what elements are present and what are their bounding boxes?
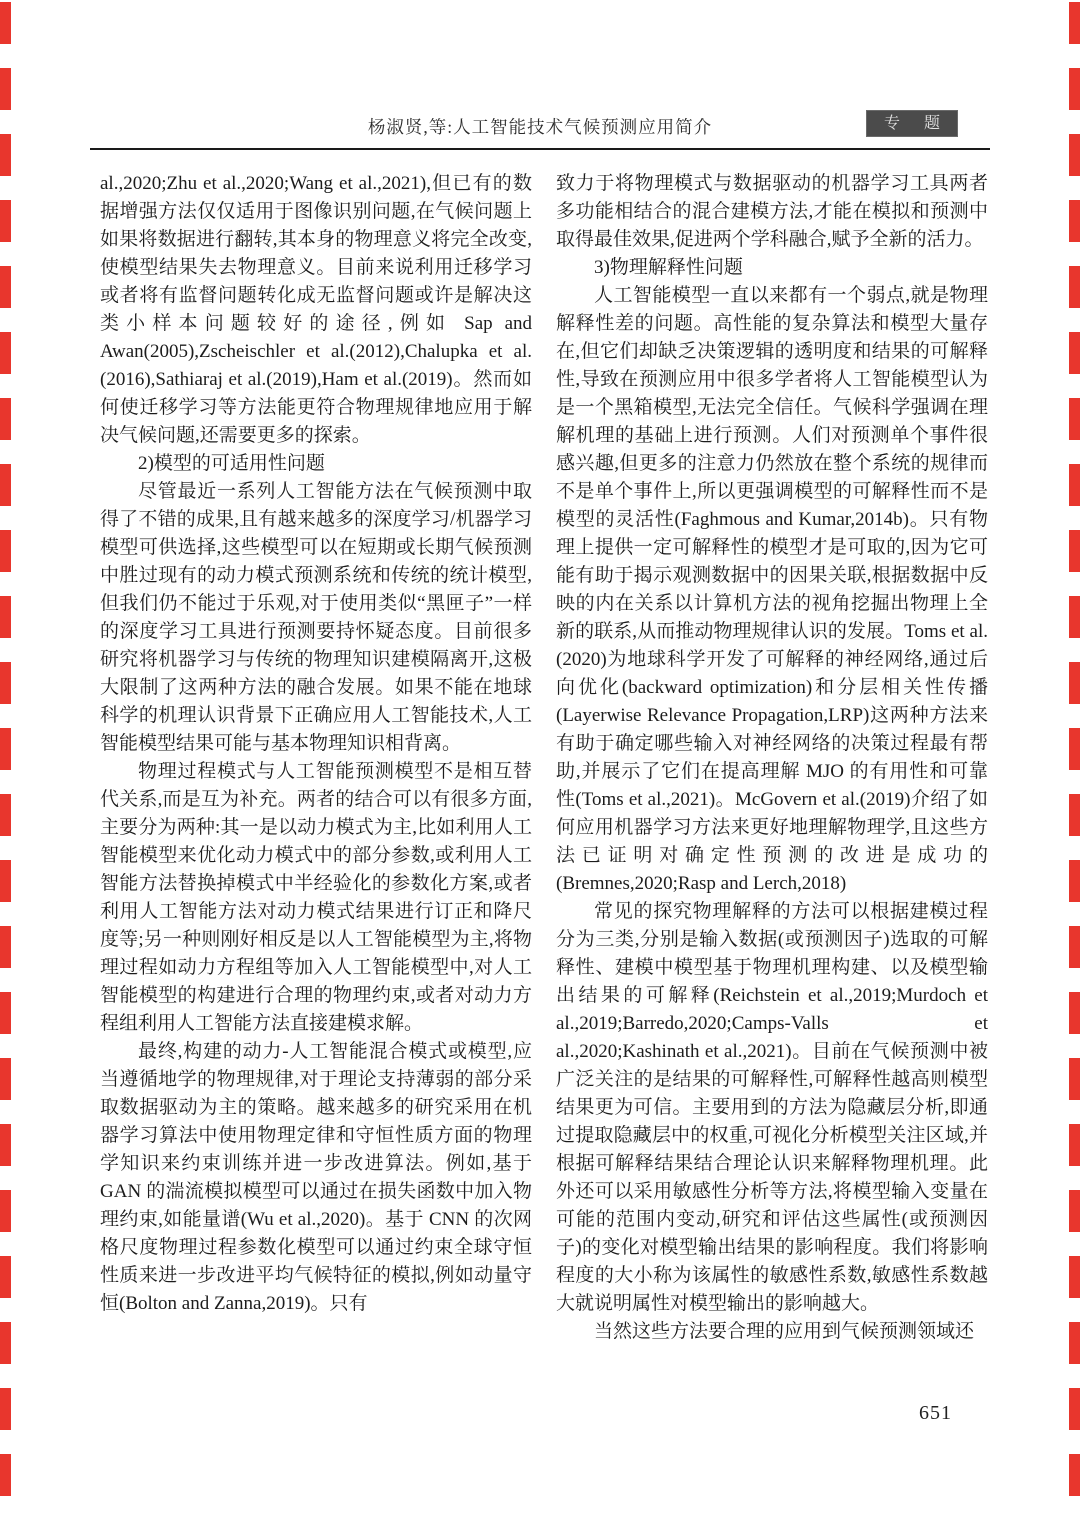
section-heading: 3)物理解释性问题 (556, 254, 988, 282)
left-edge-registration-marks (0, 2, 11, 1515)
page-header: 杨淑贤,等:人工智能技术气候预测应用简介 专 题 (90, 106, 990, 150)
right-column: 致力于将物理模式与数据驱动的机器学习工具两者多功能相结合的混合建模方法,才能在模… (556, 170, 988, 1346)
article-body: al.,2020;Zhu et al.,2020;Wang et al.,202… (100, 170, 988, 1346)
paragraph: 最终,构建的动力-人工智能混合模式或模型,应当遵循地学的物理规律,对于理论支持薄… (100, 1038, 532, 1318)
paragraph: 致力于将物理模式与数据驱动的机器学习工具两者多功能相结合的混合建模方法,才能在模… (556, 170, 988, 254)
topic-badge: 专 题 (866, 110, 958, 137)
running-title: 杨淑贤,等:人工智能技术气候预测应用简介 (90, 114, 990, 139)
page-footer: 651 (919, 1402, 952, 1425)
left-column: al.,2020;Zhu et al.,2020;Wang et al.,202… (100, 170, 532, 1346)
page-number: 651 (919, 1402, 952, 1424)
section-heading: 2)模型的可适用性问题 (100, 450, 532, 478)
paragraph: 当然这些方法要合理的应用到气候预测领域还 (556, 1318, 988, 1346)
right-edge-registration-marks (1069, 2, 1080, 1515)
paragraph: 常见的探究物理解释的方法可以根据建模过程分为三类,分别是输入数据(或预测因子)选… (556, 898, 988, 1318)
paragraph: 尽管最近一系列人工智能方法在气候预测中取得了不错的成果,且有越来越多的深度学习/… (100, 478, 532, 758)
paper-page: 杨淑贤,等:人工智能技术气候预测应用简介 专 题 al.,2020;Zhu et… (0, 0, 1080, 1515)
paragraph: 人工智能模型一直以来都有一个弱点,就是物理解释性差的问题。高性能的复杂算法和模型… (556, 282, 988, 898)
paragraph: al.,2020;Zhu et al.,2020;Wang et al.,202… (100, 170, 532, 450)
header-rule (90, 148, 990, 151)
paragraph: 物理过程模式与人工智能预测模型不是相互替代关系,而是互为补充。两者的结合可以有很… (100, 758, 532, 1038)
